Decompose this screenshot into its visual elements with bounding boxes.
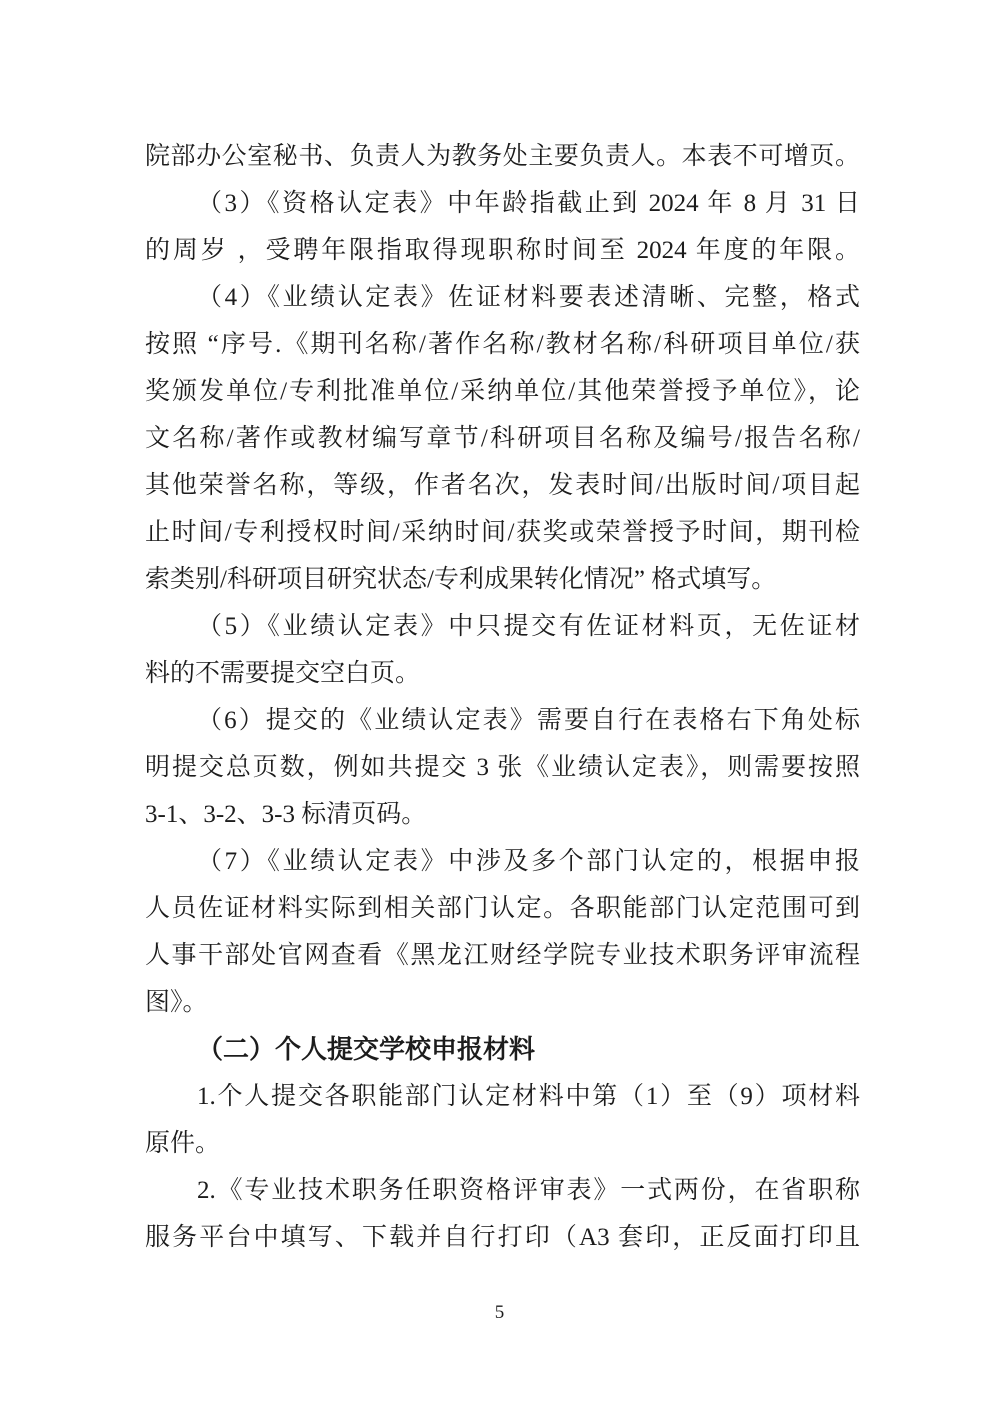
text-line: （5）《业绩认定表》中只提交有佐证材料页，无佐证材 [145, 603, 860, 650]
text-line: 的周岁 ，受聘年限指取得现职称时间至 2024 年度的年限。 [145, 227, 860, 274]
text-line: 人员佐证材料实际到相关部门认定。各职能部门认定范围可到 [145, 885, 860, 932]
text-line: 服务平台中填写、下载并自行打印（A3 套印，正反面打印且 [145, 1214, 860, 1261]
text-line: 文名称/著作或教材编写章节/科研项目名称及编号/报告名称/ [145, 415, 860, 462]
text-line: 止时间/专利授权时间/采纳时间/获奖或荣誉授予时间，期刊检 [145, 509, 860, 556]
document-page: 院部办公室秘书、负责人为教务处主要负责人。本表不可增页。 （3）《资格认定表》中… [0, 0, 999, 1414]
text-line: 1.个人提交各职能部门认定材料中第（1）至（9）项材料 [145, 1073, 860, 1120]
text-line: （4）《业绩认定表》佐证材料要表述清晰、完整，格式 [145, 274, 860, 321]
text-line: 其他荣誉名称，等级，作者名次，发表时间/出版时间/项目起 [145, 462, 860, 509]
text-line: （6）提交的《业绩认定表》需要自行在表格右下角处标 [145, 697, 860, 744]
text-line: 原件。 [145, 1120, 860, 1167]
text-line: 明提交总页数，例如共提交 3 张《业绩认定表》，则需要按照 [145, 744, 860, 791]
page-number: 5 [0, 1300, 999, 1326]
text-line: 奖颁发单位/专利批准单位/采纳单位/其他荣誉授予单位》，论 [145, 368, 860, 415]
text-line: 3-1、3-2、3-3 标清页码。 [145, 791, 860, 838]
text-line: （7）《业绩认定表》中涉及多个部门认定的，根据申报 [145, 838, 860, 885]
text-line: （3）《资格认定表》中年龄指截止到 2024 年 8 月 31 日 [145, 180, 860, 227]
text-line: 索类别/科研项目研究状态/专利成果转化情况” 格式填写。 [145, 556, 860, 603]
text-line: 院部办公室秘书、负责人为教务处主要负责人。本表不可增页。 [145, 133, 860, 180]
text-line: 2.《专业技术职务任职资格评审表》一式两份，在省职称 [145, 1167, 860, 1214]
text-line: 图》。 [145, 979, 860, 1026]
text-line: 料的不需要提交空白页。 [145, 650, 860, 697]
section-heading: （二）个人提交学校申报材料 [145, 1026, 860, 1073]
document-body: 院部办公室秘书、负责人为教务处主要负责人。本表不可增页。 （3）《资格认定表》中… [145, 133, 860, 1261]
text-line: 按照 “序号.《期刊名称/著作名称/教材名称/科研项目单位/获 [145, 321, 860, 368]
text-line: 人事干部处官网查看《黑龙江财经学院专业技术职务评审流程 [145, 932, 860, 979]
